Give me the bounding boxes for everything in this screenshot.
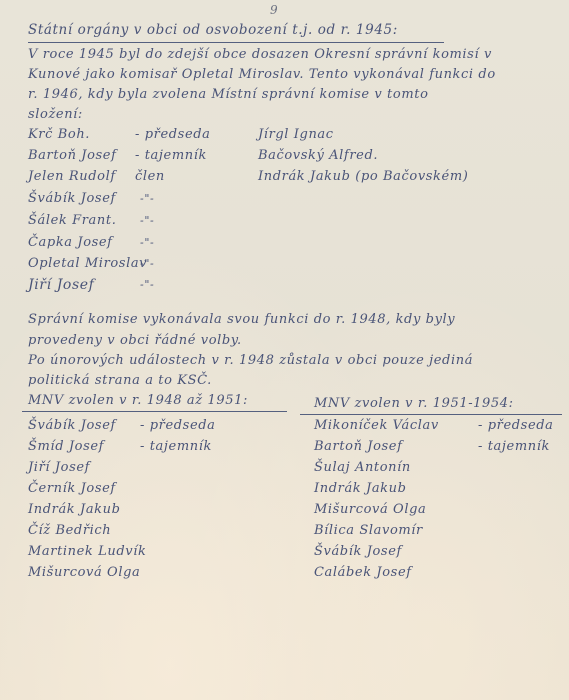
member-name: Švábík Josef	[28, 419, 116, 432]
mnv-1951-heading: MNV zvolen v r. 1951-1954:	[314, 397, 514, 410]
mnv-1948-heading: MNV zvolen v r. 1948 až 1951:	[28, 394, 248, 407]
member-name: Martinek Ludvík	[28, 545, 146, 558]
intro-line-3: r. 1946, kdy byla zvolena Místní správní…	[28, 88, 429, 101]
member-role: -"-	[140, 258, 154, 269]
intro-line-4: složení:	[28, 108, 83, 121]
member-name: Mišurcová Olga	[314, 503, 426, 516]
member-name: Indrák Jakub (po Bačovském)	[258, 170, 468, 183]
member-name: Číž Bedřich	[28, 524, 111, 537]
member-name: Mikoníček Václav	[314, 419, 439, 432]
member-name: Bačovský Alfred.	[258, 149, 378, 162]
page-number: 9	[270, 4, 278, 16]
member-name: Jiří Josef	[28, 461, 90, 474]
mnv-1951-underline	[300, 414, 562, 415]
member-name: Bílica Slavomír	[314, 524, 423, 537]
member-name: Calábek Josef	[314, 566, 412, 579]
intro-line-1: V roce 1945 byl do zdejší obce dosazen O…	[28, 48, 492, 61]
member-name: Šmíd Josef	[28, 440, 104, 453]
member-name: Opletal Miroslav	[28, 257, 147, 270]
member-role: -"-	[140, 279, 154, 290]
page-heading: Státní orgány v obci od osvobození t.j. …	[28, 24, 398, 38]
member-role: - předseda	[135, 128, 211, 141]
member-name: Indrák Jakub	[28, 503, 121, 516]
member-role: - předseda	[140, 419, 216, 432]
member-name: Jiří Josef	[28, 278, 94, 292]
member-name: Švábík Josef	[314, 545, 402, 558]
member-role: - tajemník	[478, 440, 550, 453]
member-name: Švábík Josef	[28, 192, 116, 205]
intro-line-2: Kunové jako komisař Opletal Miroslav. Te…	[28, 68, 496, 81]
member-role: -"-	[140, 237, 154, 248]
member-name: Bartoň Josef	[314, 440, 403, 453]
member-role: - předseda	[478, 419, 554, 432]
paragraph-2-line-3: Po únorových událostech v r. 1948 zůstal…	[28, 354, 473, 367]
member-name: Šulaj Antonín	[314, 461, 411, 474]
member-role: -"-	[140, 193, 154, 204]
member-name: Indrák Jakub	[314, 482, 407, 495]
member-name: Jírgl Ignac	[258, 128, 334, 141]
member-name: Bartoň Josef	[28, 149, 117, 162]
member-role: člen	[135, 170, 165, 183]
mnv-1948-underline	[22, 411, 287, 412]
member-name: Čapka Josef	[28, 236, 113, 249]
paragraph-2-line-1: Správní komise vykonávala svou funkci do…	[28, 313, 455, 326]
member-role: - tajemník	[135, 149, 207, 162]
handwritten-page: 9 Státní orgány v obci od osvobození t.j…	[0, 0, 569, 700]
paragraph-2-line-4: politická strana a to KSČ.	[28, 374, 212, 387]
member-name: Krč Boh.	[28, 128, 90, 141]
paragraph-2-line-2: provedeny v obci řádné volby.	[28, 334, 242, 347]
heading-underline	[28, 42, 444, 43]
member-name: Mišurcová Olga	[28, 566, 140, 579]
member-name: Šálek Frant.	[28, 214, 116, 227]
member-name: Černík Josef	[28, 482, 116, 495]
member-role: - tajemník	[140, 440, 212, 453]
member-role: -"-	[140, 215, 154, 226]
member-name: Jelen Rudolf	[28, 170, 116, 183]
